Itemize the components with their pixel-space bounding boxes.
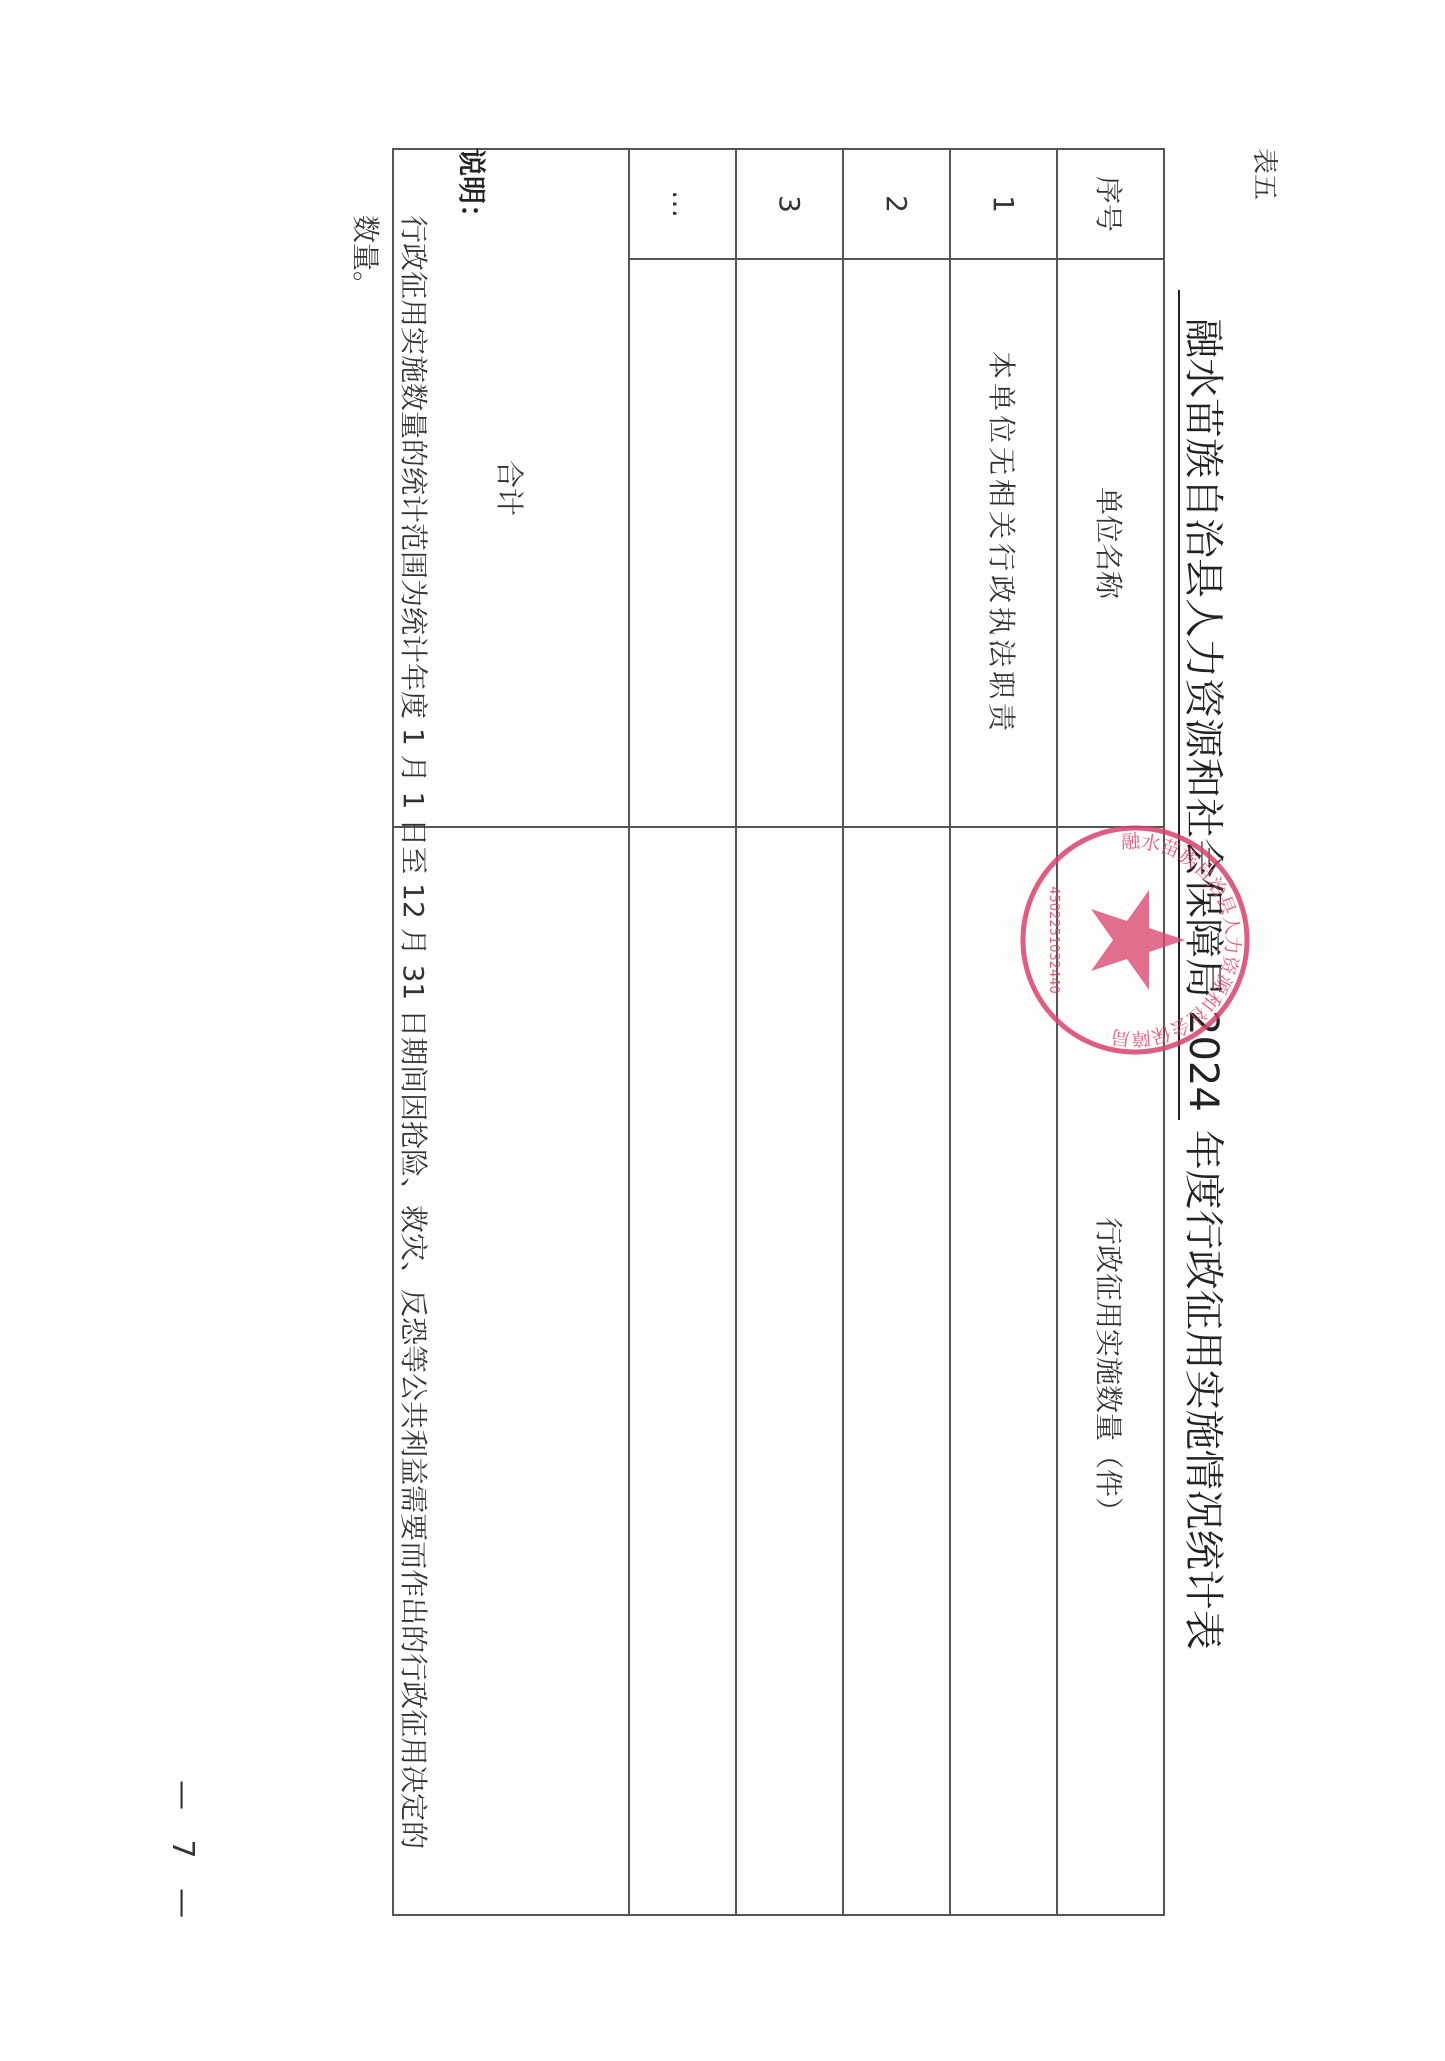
document-page: 表五 融水苗族自治县人力资源和社会保障局2024年度行政征用实施情况统计表 序号…: [0, 0, 1445, 2061]
table-label: 表五: [1248, 148, 1285, 200]
note-text: 行政征用实施数量的统计范围为统计年度 1 月 1 日至 12 月 31 日期间因…: [341, 215, 437, 1855]
title-blank: [1178, 290, 1226, 314]
row-seq: 3: [736, 149, 843, 259]
row-seq: …: [629, 149, 736, 259]
page-number: — 7 —: [165, 1780, 200, 1928]
row-unit-name: [629, 259, 736, 827]
official-seal-icon: 融水苗族自治县人力资源和社会保障局 4502251032440: [1015, 820, 1255, 1060]
svg-text:4502251032440: 4502251032440: [1046, 886, 1061, 994]
row-count: [843, 827, 950, 1915]
row-seq: 2: [843, 149, 950, 259]
note-label: 说明：: [453, 148, 493, 232]
row-count: [736, 827, 843, 1915]
table-row: …: [629, 149, 736, 1915]
table-row: 2: [843, 149, 950, 1915]
header-unit-name: 单位名称: [1057, 259, 1164, 827]
row-count: [629, 827, 736, 1915]
row-unit-name: [736, 259, 843, 827]
row-unit-name: [843, 259, 950, 827]
header-seq: 序号: [1057, 149, 1164, 259]
title-suffix: 年度行政征用实施情况统计表: [1180, 1130, 1226, 1650]
table-row: 3: [736, 149, 843, 1915]
row-seq: 1: [950, 149, 1057, 259]
row-unit-name: 本单位无相关行政执法职责: [950, 259, 1057, 827]
